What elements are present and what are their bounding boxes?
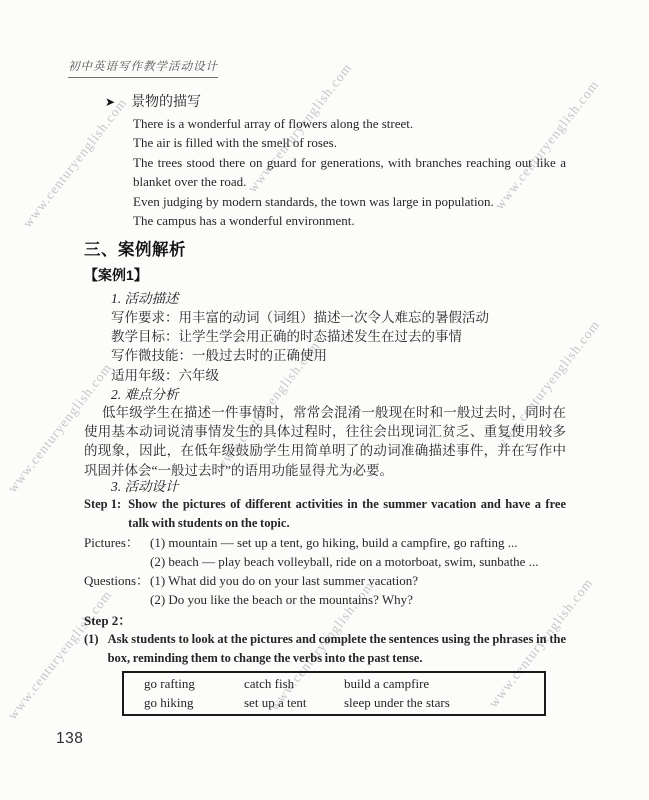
pictures-line: Pictures： (1) mountain — set up a tent, …	[84, 533, 566, 572]
scenery-heading: 景物的描写	[131, 95, 201, 110]
question-item: (1) What did you do on your last summer …	[150, 571, 566, 590]
activity-line: 适用年级：六年级	[111, 366, 566, 385]
step2-label: Step 2：	[84, 611, 566, 630]
phrase-cell: sleep under the stars	[344, 694, 544, 713]
pictures-label: Pictures：	[84, 533, 150, 572]
scenery-sentence: There is a wonderful array of flowers al…	[133, 114, 566, 133]
section-heading: 三、案例解析	[84, 240, 566, 260]
scenery-sentence: Even judging by modern standards, the to…	[133, 192, 566, 211]
page-content: ➤景物的描写 There is a wonderful array of flo…	[84, 0, 566, 800]
phrase-cell: go rafting	[144, 675, 244, 694]
page-number: 138	[56, 730, 83, 748]
scenery-sentence: The campus has a wonderful environment.	[133, 211, 566, 230]
activity-line: 教学目标：让学生学会用正确的时态描述发生在过去的事情	[111, 327, 566, 346]
document-page: www.centuryenglish.com www.centuryenglis…	[0, 0, 649, 800]
scenery-sentence: The trees stood there on guard for gener…	[133, 153, 566, 192]
picture-item: (1) mountain — set up a tent, go hiking,…	[150, 533, 566, 552]
item3-heading: 3. 活动设计	[111, 477, 566, 496]
step2-item-number: (1)	[84, 630, 99, 669]
step1-label: Step 1:	[84, 495, 121, 534]
scenery-sentence: The air is filled with the smell of rose…	[133, 133, 566, 152]
item1-heading: 1. 活动描述	[111, 289, 566, 308]
pictures-items: (1) mountain — set up a tent, go hiking,…	[150, 533, 566, 572]
questions-label: Questions：	[84, 571, 150, 610]
scenery-sentences: There is a wonderful array of flowers al…	[133, 114, 566, 230]
activity-description-lines: 写作要求：用丰富的动词（词组）描述一次令人难忘的暑假活动 教学目标：让学生学会用…	[111, 308, 566, 385]
scenery-heading-line: ➤景物的描写	[105, 93, 505, 112]
step2-item-line: (1) Ask students to look at the pictures…	[84, 630, 566, 669]
activity-line: 写作要求：用丰富的动词（词组）描述一次令人难忘的暑假活动	[111, 308, 566, 327]
case-label: 【案例1】	[84, 266, 566, 285]
step2-item-text: Ask students to look at the pictures and…	[108, 630, 566, 669]
phrase-cell: build a campfire	[344, 675, 544, 694]
phrase-cell: set up a tent	[244, 694, 344, 713]
question-item: (2) Do you like the beach or the mountai…	[150, 590, 566, 609]
step1-text: Show the pictures of different activitie…	[128, 495, 566, 534]
step1-line: Step 1: Show the pictures of different a…	[84, 495, 566, 534]
activity-line: 写作微技能：一般过去时的正确使用	[111, 346, 566, 365]
phrase-cell: catch fish	[244, 675, 344, 694]
questions-items: (1) What did you do on your last summer …	[150, 571, 566, 610]
triangle-bullet-icon: ➤	[105, 95, 115, 109]
item2-heading: 2. 难点分析	[111, 385, 566, 404]
picture-item: (2) beach — play beach volleyball, ride …	[150, 552, 566, 571]
phrase-cell: go hiking	[144, 694, 244, 713]
phrase-box: go rafting catch fish build a campfire g…	[122, 671, 546, 716]
questions-line: Questions： (1) What did you do on your l…	[84, 571, 566, 610]
difficulty-paragraph: 低年级学生在描述一件事情时，常常会混淆一般现在时和一般过去时，同时在使用基本动词…	[84, 403, 566, 480]
